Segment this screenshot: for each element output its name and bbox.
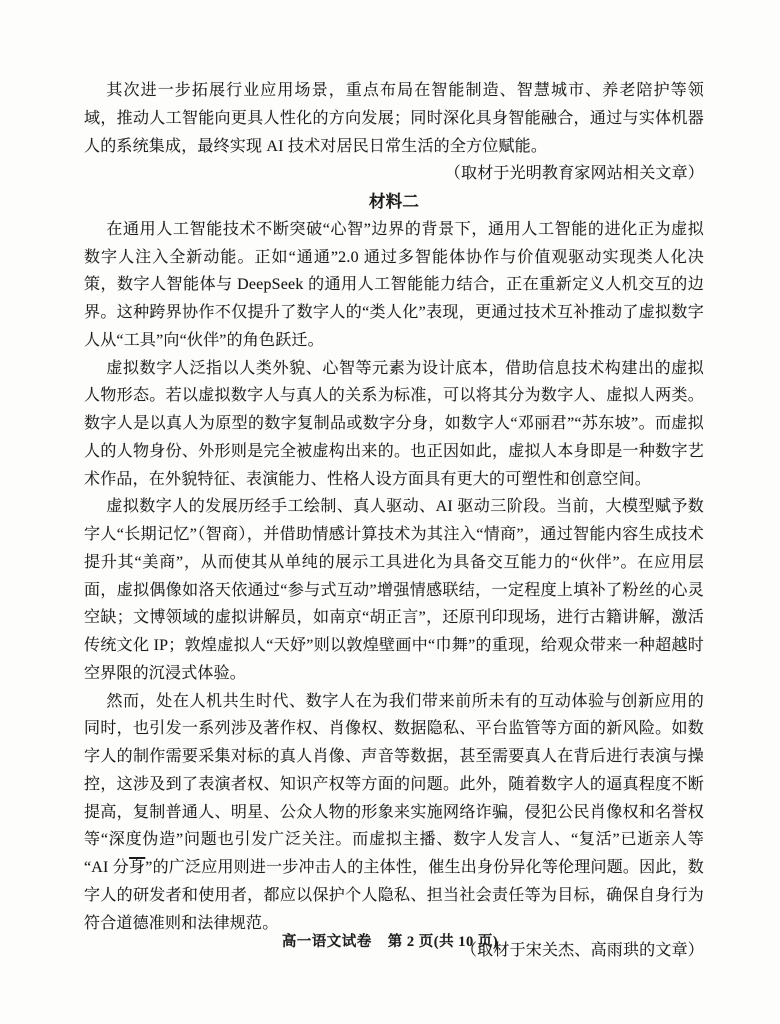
exam-paper-page: 其次进一步拓展行业应用场景，重点布局在智能制造、智慧城市、养老陪护等领域，推动人… [0, 0, 780, 1024]
material-two-paragraph-3: 虚拟数字人的发展历经手工绘制、真人驱动、AI 驱动三阶段。当前，大模型赋予数字人… [84, 493, 704, 687]
material-two-paragraph-1: 在通用人工智能技术不断突破“心智”边界的背景下，通用人工智能的进化正为虚拟数字人… [84, 216, 704, 355]
page-body: 其次进一步拓展行业应用场景，重点布局在智能制造、智慧城市、养老陪护等领域，推动人… [84, 77, 704, 965]
material-two-paragraph-4: 然而，处在人机共生时代、数字人在为我们带来前所未有的互动体验与创新应用的同时，也… [84, 688, 704, 938]
paragraph-4-text-after: ”的广泛应用则进一步冲击人的主体性，催生出身份异化等伦理问题。因此，数字人的研发… [84, 859, 704, 932]
material-two-paragraph-2: 虚拟数字人泛指以人类外貌、心智等元素为设计底本，借助信息技术构建出的虚拟人物形态… [84, 355, 704, 494]
exam-name: 高一语文试卷 [282, 934, 372, 950]
page-footer: 高一语文试卷第 2 页(共 10 页) [0, 930, 780, 951]
paragraph-4-text-before: 然而，处在人机共生时代、数字人在为我们带来前所未有的互动体验与创新应用的同时，也… [84, 693, 704, 877]
overlined-character: 身 [129, 859, 145, 876]
material-one-paragraph: 其次进一步拓展行业应用场景，重点布局在智能制造、智慧城市、养老陪护等领域，推动人… [84, 77, 704, 160]
page-indicator: 第 2 页(共 10 页) [388, 934, 498, 950]
material-two-heading: 材料二 [84, 188, 704, 216]
material-one-source: （取材于光明教育家网站相关文章） [84, 160, 704, 188]
